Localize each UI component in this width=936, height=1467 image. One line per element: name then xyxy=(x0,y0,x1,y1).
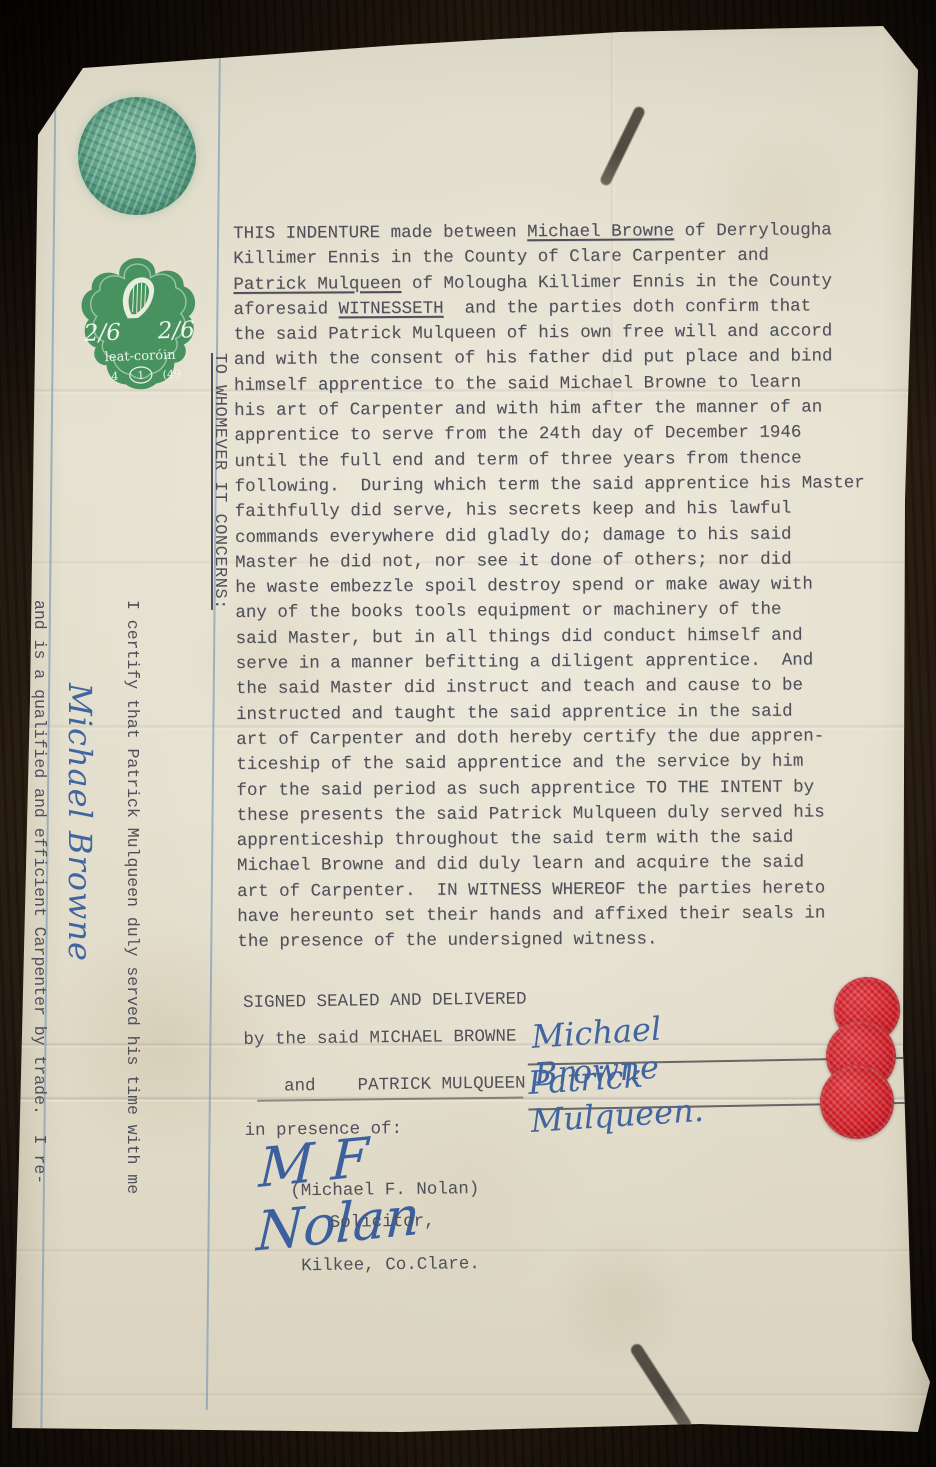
typed-line: THIS INDENTURE made between Michael Brow… xyxy=(233,218,863,247)
charcoal-mark-bottom xyxy=(629,1342,694,1432)
witness-title: Solicitor, xyxy=(330,1212,435,1233)
witness-address: Kilkee, Co.Clare. xyxy=(301,1254,480,1276)
charcoal-mark-top xyxy=(599,105,647,187)
stamp-code-right: (49 xyxy=(162,368,181,382)
typed-line: Killimer Ennis in the County of Clare Ca… xyxy=(233,243,863,272)
typed-line: faithfully did serve, his secrets keep a… xyxy=(235,496,865,525)
typed-line: art of Carpenter. IN WITNESS WHEREOF the… xyxy=(237,876,867,905)
typed-line: Michael Browne and did duly learn and ac… xyxy=(237,851,867,880)
stamp-code-left: 4 xyxy=(111,370,118,383)
by-the-said-line: by the said MICHAEL BROWNE xyxy=(243,1027,516,1050)
margin-heading: TO WHOMEVER IT CONCERNS: xyxy=(210,353,229,610)
stamp-denomination: leat-coróin xyxy=(104,348,176,365)
signed-sealed-line: SIGNED SEALED AND DELIVERED xyxy=(243,989,527,1012)
typed-line: serve in a manner befitting a diligent a… xyxy=(236,648,866,677)
typed-line: the presence of the undersigned witness. xyxy=(237,926,867,955)
typed-line: apprenticeship throughout the said term … xyxy=(237,825,867,854)
photo-of-indenture-document: { "colors": { "background_wood": "#2c1d1… xyxy=(0,0,936,1467)
typed-line: his art of Carpenter and with him after … xyxy=(234,395,864,424)
typed-line: instructed and taught the said apprentic… xyxy=(236,699,866,728)
typed-line: said Master, but in all things did condu… xyxy=(235,623,865,652)
indenture-paper: 2/6 2/6 leat-coróin 4 1 (49 TO WHOMEVER … xyxy=(0,0,936,1467)
typed-line: these presents the said Patrick Mulqueen… xyxy=(237,800,867,829)
and-party2-line: and PATRICK MULQUEEN xyxy=(284,1074,526,1097)
typed-line: have hereunto set their hands and affixe… xyxy=(237,901,867,930)
typed-line: Master he did not, nor see it done of ot… xyxy=(235,547,865,576)
stamp-code-center: 1 xyxy=(137,369,144,382)
typed-line: any of the books tools equipment or mach… xyxy=(235,598,865,627)
stamp-value-left: 2/6 xyxy=(82,320,121,347)
stamp-value-right: 2/6 xyxy=(156,317,195,344)
witness-typed-name: (Michael F. Nolan) xyxy=(290,1179,479,1201)
typed-line: and with the consent of his father did p… xyxy=(234,345,864,374)
typed-line: Patrick Mulqueen of Molougha Killimer En… xyxy=(233,269,863,298)
typed-line: he waste embezzle spoil destroy spend or… xyxy=(235,572,865,601)
typed-line: for the said period as such apprentice T… xyxy=(236,775,866,804)
revenue-stamp: 2/6 2/6 leat-coróin 4 1 (49 xyxy=(78,250,201,396)
typed-line: following. During which term the said ap… xyxy=(235,471,865,500)
signature-patrick-mulqueen: Patrick Mulqueen. xyxy=(527,1053,705,1140)
typed-line: art of Carpenter and doth hereby certify… xyxy=(236,724,866,753)
typed-line: the said Patrick Mulqueen of his own fre… xyxy=(234,319,864,348)
margin-signature-browne: Michael Browne xyxy=(61,683,99,962)
embossed-green-seal xyxy=(67,86,207,226)
typed-line: apprentice to serve from the 24th day of… xyxy=(234,421,864,450)
indenture-body: THIS INDENTURE made between Michael Brow… xyxy=(233,218,868,955)
typed-line: until the full end and term of three yea… xyxy=(234,446,864,475)
typed-line: ticeship of the said apprentice and the … xyxy=(236,749,866,778)
crease-line xyxy=(0,1392,936,1398)
wax-seal-bottom xyxy=(820,1065,894,1139)
margin-certificate-line: and is a qualified and efficient Carpent… xyxy=(28,600,54,1290)
typed-line: aforesaid WITNESSETH and the parties dot… xyxy=(233,294,863,323)
typed-line: himself apprentice to the said Michael B… xyxy=(234,370,864,399)
typed-line: commands everywhere did gladly do; damag… xyxy=(235,522,865,551)
typed-line: the said Master did instruct and teach a… xyxy=(236,673,866,702)
